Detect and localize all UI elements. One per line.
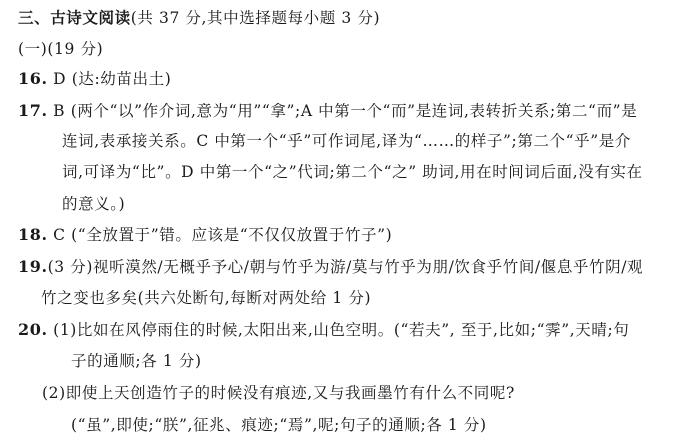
answer-20-continuation: 子的通顺;各 1 分) bbox=[71, 351, 202, 371]
answer-text: D (达:幼苗出土) bbox=[53, 70, 171, 88]
answer-20-part-2: (2)即使上天创造竹子的时候没有痕迹,又与我画墨竹有什么不同呢? bbox=[42, 383, 515, 403]
answer-text: (1)比如在风停雨住的时候,太阳出来,山色空明。(“若夫”, 至于,比如;“霁”… bbox=[53, 321, 629, 339]
answer-18: 18. C (“全放置于”错。应该是“不仅仅放置于竹子”) bbox=[18, 225, 392, 245]
section-heading: 三、古诗文阅读(共 37 分,其中选择题每小题 3 分) bbox=[18, 8, 380, 28]
answer-20: 20. (1)比如在风停雨住的时候,太阳出来,山色空明。(“若夫”, 至于,比如… bbox=[18, 320, 629, 340]
question-number: 17. bbox=[18, 101, 48, 120]
question-number: 18. bbox=[18, 225, 48, 244]
answer-19-continuation: 竹之变也多矣(共六处断句,每断对两处给 1 分) bbox=[41, 288, 371, 308]
answer-19: 19.(3 分)视听漠然/无概乎予心/朝与竹乎为游/莫与竹乎为朋/饮食乎竹间/偃… bbox=[18, 257, 643, 277]
answer-16: 16. D (达:幼苗出土) bbox=[18, 69, 171, 89]
question-number: 20. bbox=[18, 320, 48, 339]
section-heading-title: 三、古诗文阅读 bbox=[18, 9, 131, 27]
answer-17-continuation: 词,可译为“比”。D 中第一个“之”代词;第二个“之” 助词,用在时间词后面,没… bbox=[62, 162, 643, 182]
subsection-heading: (一)(19 分) bbox=[18, 39, 103, 59]
answer-17-continuation: 的意义。) bbox=[62, 194, 125, 214]
question-number: 16. bbox=[18, 69, 48, 88]
question-number: 19. bbox=[18, 257, 48, 276]
section-heading-scoring: (共 37 分,其中选择题每小题 3 分) bbox=[131, 9, 380, 27]
answer-text: (3 分)视听漠然/无概乎予心/朝与竹乎为游/莫与竹乎为朋/饮食乎竹间/偃息乎竹… bbox=[48, 258, 644, 276]
answer-text: C (“全放置于”错。应该是“不仅仅放置于竹子”) bbox=[53, 226, 392, 244]
answer-17-continuation: 连词,表承接关系。C 中第一个“乎”可作词尾,译为“……的样子”;第二个“乎”是… bbox=[62, 131, 631, 151]
answer-text: B (两个“以”作介词,意为“用”“拿”;A 中第一个“而”是连词,表转折关系;… bbox=[53, 102, 637, 120]
answer-17: 17. B (两个“以”作介词,意为“用”“拿”;A 中第一个“而”是连词,表转… bbox=[18, 101, 637, 121]
answer-20-continuation: (“虽”,即使;“朕”,征兆、痕迹;“焉”,呢;句子的通顺;各 1 分) bbox=[71, 415, 487, 435]
